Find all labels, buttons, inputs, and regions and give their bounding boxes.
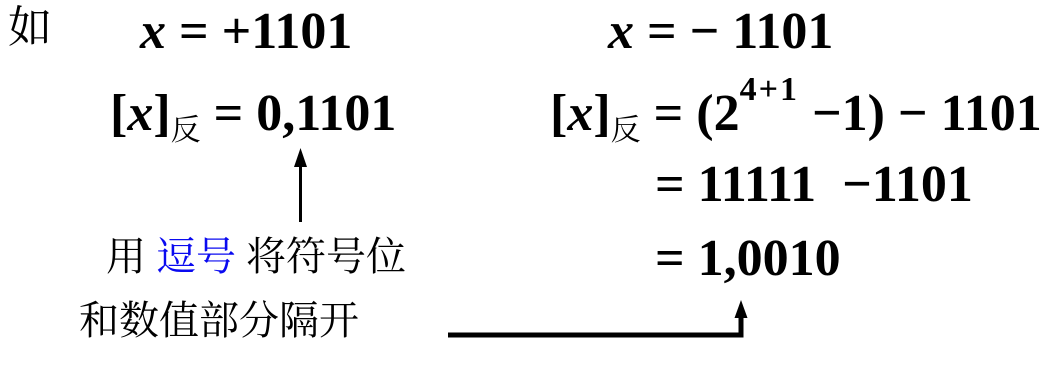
variable-x: x [127,85,153,142]
right-equation-result: = 1,0010 [655,233,841,285]
right-equation-x-value: = − 1101 [634,3,833,60]
variable-x: x [608,3,634,60]
exponent-superscript: 4+1 [740,71,799,108]
slide-fragment: 如 x = +1101 [x]反 = 0,1101 x = − 1101 [x]… [0,0,1048,368]
ones-complement-subscript: 反 [611,114,641,147]
right-equation-x: x = − 1101 [608,6,833,58]
bent-arrow-icon [448,300,748,335]
variable-x: x [140,3,166,60]
bracket-open: [ [110,85,127,142]
annotation-line1: 用 逗号 将符号位 [106,237,406,277]
intro-label: 如 [8,6,52,50]
ones-complement-subscript: 反 [171,114,201,147]
right-expression-base: = (2 [641,85,740,142]
left-equation-ones-complement: [x]反 = 0,1101 [110,88,396,146]
variable-x: x [567,85,593,142]
left-equation-x-value: = +1101 [166,3,352,60]
annotation-pre: 用 [106,234,156,279]
left-ones-complement-value: = 0,1101 [201,85,397,142]
annotation-line2: 和数值部分隔开 [79,301,359,341]
bracket-close: ] [593,85,610,142]
annotation-post: 将符号位 [236,234,406,279]
right-equation-ones-complement: [x]反 = (24+1 −1) − 1101 [550,88,1042,146]
right-expression-tail: −1) − 1101 [799,85,1042,142]
left-equation-x: x = +1101 [140,6,352,58]
annotation-highlight-comma-word: 逗号 [156,234,236,279]
up-arrow-icon [294,148,307,222]
right-equation-step2: = 11111 −1101 [655,159,973,211]
bracket-open: [ [550,85,567,142]
bracket-close: ] [153,85,170,142]
